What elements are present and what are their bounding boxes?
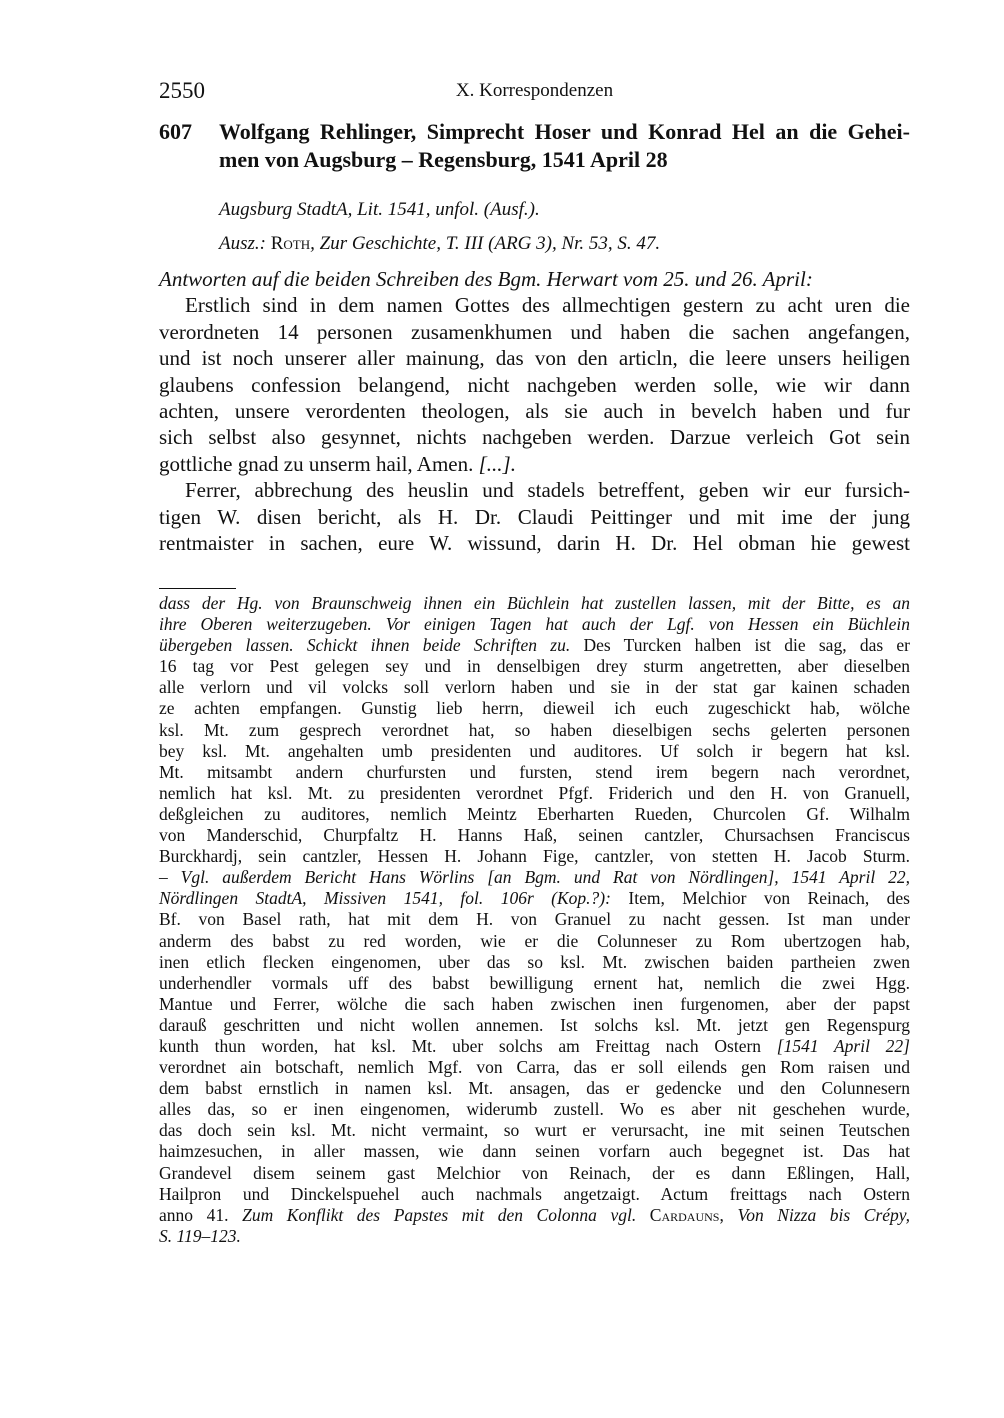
footnote-line: Mantue und Ferrer, wölche die sach haben… <box>159 994 910 1015</box>
footnote-line: Nördlingen StadtA, Missiven 1541, fol. 1… <box>159 888 910 909</box>
editorial-note: – Vgl. außerdem Bericht Hans Wörlins [an… <box>159 867 910 887</box>
footnote-line: übergeben lassen. Schickt ihnen beide Sc… <box>159 635 910 656</box>
footnote-line: Grandevel disem seinem gast Melchior von… <box>159 1163 910 1184</box>
footnote-line: dem babst ernstlich in namen ksl. Mt. an… <box>159 1078 910 1099</box>
footnote-line: darauß geschritten und nicht wollen anne… <box>159 1015 910 1036</box>
editorial-note: Zum Konflikt des Papstes mit den Colonna… <box>242 1205 636 1225</box>
transcribed-text: Bf. von Basel rath, hat mit dem H. von G… <box>159 909 910 929</box>
transcribed-text: Mt. mitsambt andern churfursten und furs… <box>159 762 910 782</box>
section-title: X. Korrespondenzen <box>159 80 910 102</box>
transcribed-text: von Manderschid, Churpfaltz H. Hanns Haß… <box>159 825 910 845</box>
footnote-line: ihre Oberen weiterzugeben. Vor einigen T… <box>159 614 910 635</box>
transcribed-text: bey ksl. Mt. angehalten umb presidenten … <box>159 741 910 761</box>
footnote-line: Bf. von Basel rath, hat mit dem H. von G… <box>159 909 910 930</box>
title-line: men von Augsburg – Regensburg, 1541 Apri… <box>219 146 910 174</box>
transcribed-text: 16 tag vor Pest gelegen sey und in dense… <box>159 656 910 676</box>
footnote-line: das doch sein ksl. Mt. nicht vermaint, s… <box>159 1120 910 1141</box>
footnote-line: deßgleichen zu auditores, nemlich Meintz… <box>159 804 910 825</box>
body-line-text: gottliche gnad zu unserm hail, Amen. <box>159 452 479 476</box>
footnote-line: Hailpron und Dinckelspuehel auch nachmal… <box>159 1184 910 1205</box>
footnote-line: ksl. Mt. zum gesprech verordnet hat, so … <box>159 720 910 741</box>
footnote-line: dass der Hg. von Braunschweig ihnen ein … <box>159 593 910 614</box>
footnote-line: bey ksl. Mt. angehalten umb presidenten … <box>159 741 910 762</box>
footnote-line: S. 119–123. <box>159 1226 910 1247</box>
footnote-line: kunth thun worden, hat ksl. Mt. uber sol… <box>159 1036 910 1057</box>
body-line: und ist noch unserer aller mainung, das … <box>159 345 910 371</box>
running-head: 2550 X. Korrespondenzen <box>159 78 910 108</box>
footnote-line: inen etlich flecken eingenomen, uber das… <box>159 952 910 973</box>
body-line: sich selbst also gesynnet, nichts nachge… <box>159 424 910 450</box>
footnote-line: anno 41. Zum Konflikt des Papstes mit de… <box>159 1205 910 1226</box>
editorial-note: ihre Oberen weiterzugeben. Vor einigen T… <box>159 614 910 634</box>
source-references: Augsburg StadtA, Lit. 1541, unfol. (Ausf… <box>219 193 919 261</box>
transcribed-text: Hailpron und Dinckelspuehel auch nachmal… <box>159 1184 910 1204</box>
transcribed-text: Des Turcken halben ist die sag, das er <box>570 635 910 655</box>
transcribed-text: haimzesuchen, in aller massen, wie dann … <box>159 1141 910 1161</box>
editorial-note: Von Nizza bis Crépy, <box>724 1205 910 1225</box>
transcribed-text: das doch sein ksl. Mt. nicht vermaint, s… <box>159 1120 910 1140</box>
transcribed-text: Burckhardj, sein cantzler, Hessen H. Joh… <box>159 846 910 866</box>
transcribed-text: underhendler vormals uff des babst bewil… <box>159 973 910 993</box>
author-name: Roth <box>271 233 310 254</box>
editorial-summary: Antworten auf die beiden Schreiben des B… <box>159 266 910 292</box>
archive-source: Augsburg StadtA, Lit. 1541, unfol. (Ausf… <box>219 193 919 227</box>
transcribed-text: dem babst ernstlich in namen ksl. Mt. an… <box>159 1078 910 1098</box>
footnote-line: Burckhardj, sein cantzler, Hessen H. Joh… <box>159 846 910 867</box>
title-line: Wolfgang Rehlinger, Simprecht Hoser und … <box>219 118 910 146</box>
transcribed-text: Grandevel disem seinem gast Melchior von… <box>159 1163 910 1183</box>
transcribed-text: darauß geschritten und nicht wollen anne… <box>159 1015 910 1035</box>
transcribed-text: alle verlorn und vil volcks soll verlorn… <box>159 677 910 697</box>
transcribed-text: kunth thun worden, hat ksl. Mt. uber sol… <box>159 1036 777 1056</box>
transcribed-text: inen etlich flecken eingenomen, uber das… <box>159 952 910 972</box>
footnote-line: nemlich hat ksl. Mt. zu presidenten vero… <box>159 783 910 804</box>
transcribed-text: verordnet ain botschaft, nemlich Mgf. vo… <box>159 1057 910 1077</box>
document-page: 2550 X. Korrespondenzen 607 Wolfgang Reh… <box>0 0 1004 1418</box>
body-line: gottliche gnad zu unserm hail, Amen. [..… <box>159 451 910 477</box>
footnote-line: ze achten empfangen. Gunstig lieb herrn,… <box>159 698 910 719</box>
body-line: tigen W. disen bericht, als H. Dr. Claud… <box>159 504 910 530</box>
transcribed-text: anno 41. <box>159 1205 242 1225</box>
body-line: Erstlich sind in dem namen Gottes des al… <box>159 292 910 318</box>
transcribed-text: ksl. Mt. zum gesprech verordnet hat, so … <box>159 720 910 740</box>
footnote-separator <box>159 588 236 589</box>
footnote-line: 16 tag vor Pest gelegen sey und in dense… <box>159 656 910 677</box>
editorial-note: dass der Hg. von Braunschweig ihnen ein … <box>159 593 910 613</box>
footnote-line: verordnet ain botschaft, nemlich Mgf. vo… <box>159 1057 910 1078</box>
omission-mark: [...]. <box>479 452 516 476</box>
transcribed-text: nemlich hat ksl. Mt. zu presidenten vero… <box>159 783 910 803</box>
footnote-line: alle verlorn und vil volcks soll verlorn… <box>159 677 910 698</box>
body-line: Ferrer, abbrechung des heuslin und stade… <box>159 477 910 503</box>
footnote-line: – Vgl. außerdem Bericht Hans Wörlins [an… <box>159 867 910 888</box>
transcribed-text: deßgleichen zu auditores, nemlich Meintz… <box>159 804 910 824</box>
excerpt-prefix: Ausz.: <box>219 233 271 254</box>
transcribed-text: anderm des babst zu red worden, wie er d… <box>159 931 910 951</box>
footnote-line: underhendler vormals uff des babst bewil… <box>159 973 910 994</box>
author-name: Cardauns, <box>636 1205 724 1225</box>
document-number: 607 <box>159 118 192 146</box>
editorial-note: [1541 April 22] <box>777 1036 910 1056</box>
excerpt-citation: , Zur Geschichte, T. III (ARG 3), Nr. 53… <box>310 233 660 254</box>
footnote-line: von Manderschid, Churpfaltz H. Hanns Haß… <box>159 825 910 846</box>
body-line: glaubens confession belangend, nicht nac… <box>159 372 910 398</box>
footnote-line: Mt. mitsambt andern churfursten und furs… <box>159 762 910 783</box>
transcribed-text: ze achten empfangen. Gunstig lieb herrn,… <box>159 698 910 718</box>
transcribed-text: Item, Melchior von Reinach, des <box>611 888 910 908</box>
body-line: verordneten 14 personen zusamenkhumen un… <box>159 319 910 345</box>
body-line: achten, unsere verordenten theologen, al… <box>159 398 910 424</box>
footnote-line: haimzesuchen, in aller massen, wie dann … <box>159 1141 910 1162</box>
excerpt-source: Ausz.: Roth, Zur Geschichte, T. III (ARG… <box>219 227 919 261</box>
footnote-line: anderm des babst zu red worden, wie er d… <box>159 931 910 952</box>
transcribed-text: alles das, so er inen eingenomen, wideru… <box>159 1099 910 1119</box>
footnote-line: alles das, so er inen eingenomen, wideru… <box>159 1099 910 1120</box>
editorial-note: übergeben lassen. Schickt ihnen beide Sc… <box>159 635 570 655</box>
body-line: rentmaister in sachen, eure W. wissund, … <box>159 530 910 556</box>
footnote-block: dass der Hg. von Braunschweig ihnen ein … <box>159 593 910 1247</box>
editorial-note: Nördlingen StadtA, Missiven 1541, fol. 1… <box>159 888 611 908</box>
transcribed-text: Mantue und Ferrer, wölche die sach haben… <box>159 994 910 1014</box>
document-title: Wolfgang Rehlinger, Simprecht Hoser und … <box>219 118 910 174</box>
letter-body: Antworten auf die beiden Schreiben des B… <box>159 266 910 556</box>
editorial-note: S. 119–123. <box>159 1226 241 1246</box>
